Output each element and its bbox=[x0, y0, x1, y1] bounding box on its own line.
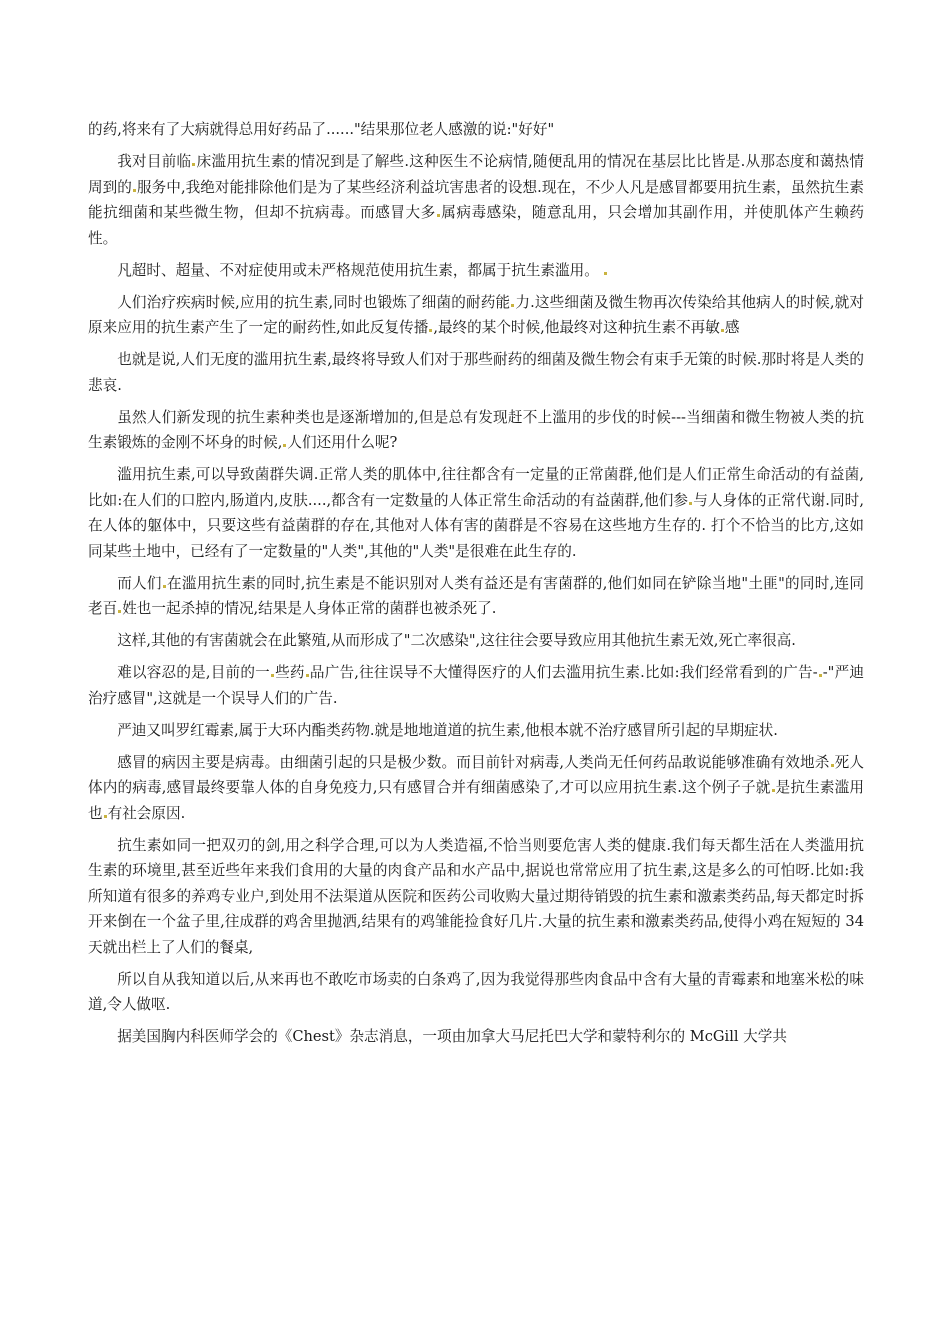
text-segment: 难以容忍的是,目前的一 bbox=[117, 664, 270, 681]
text-segment: 抗生素如同一把双刃的剑,用之科学合理,可以为人类造福,不恰当则要危害人类的健康.… bbox=[88, 837, 864, 956]
text-segment: 这样,其他的有害菌就会在此繁殖,从而形成了"二次感染",这往往会要导致应用其他抗… bbox=[117, 632, 796, 649]
text-segment: 姓也一起杀掉的情况,结果是人身体正常的菌群也被杀死了. bbox=[122, 600, 496, 617]
edit-mark-icon bbox=[192, 163, 195, 166]
edit-mark-icon bbox=[271, 674, 274, 677]
text-segment: ,最终的某个时候,他最终对这种抗生素不再敏 bbox=[433, 319, 720, 336]
paragraph-8: 而人们在滥用抗生素的同时,抗生素是不能识别对人类有益还是有害菌群的,他们如同在铲… bbox=[88, 571, 864, 622]
text-segment: 据美国胸内科医师学会的《Chest》杂志消息，一项由加拿大马尼托巴大学和蒙特利尔… bbox=[117, 1028, 787, 1045]
paragraph-10: 难以容忍的是,目前的一些药品广告,往往误导不大懂得医疗的人们去滥用抗生素.比如:… bbox=[88, 660, 864, 711]
edit-mark-icon bbox=[283, 444, 286, 447]
edit-mark-icon bbox=[772, 789, 775, 792]
text-segment: 也就是说,人们无度的滥用抗生素,最终将导致人们对于那些耐药的细菌及微生物会有束手… bbox=[88, 351, 864, 394]
paragraph-2: 我对目前临床滥用抗生素的情况到是了解些.这种医生不论病情,随便乱用的情况在基层比… bbox=[88, 149, 864, 251]
paragraph-12: 感冒的病因主要是病毒。由细菌引起的只是极少数。而目前针对病毒,人类尚无任何药品敢… bbox=[88, 750, 864, 827]
text-segment: 有社会原因. bbox=[108, 805, 186, 822]
text-segment: 我对目前临 bbox=[117, 153, 191, 170]
paragraph-13: 抗生素如同一把双刃的剑,用之科学合理,可以为人类造福,不恰当则要危害人类的健康.… bbox=[88, 833, 864, 961]
edit-mark-icon bbox=[118, 610, 121, 613]
edit-mark-icon bbox=[819, 674, 822, 677]
text-segment: 品广告,往往误导不大懂得医疗的人们去滥用抗生素.比如:我们经常看到的广告- bbox=[310, 664, 818, 681]
text-segment: 虽然人们新发现的抗生素种类也是逐渐增加的,但是总有发现赶不上滥用的步伐的时候--… bbox=[88, 409, 864, 452]
edit-mark-icon bbox=[511, 304, 514, 307]
paragraph-5: 也就是说,人们无度的滥用抗生素,最终将导致人们对于那些耐药的细菌及微生物会有束手… bbox=[88, 347, 864, 398]
edit-mark-icon bbox=[306, 674, 309, 677]
edit-mark-icon bbox=[831, 764, 834, 767]
text-segment: 感冒的病因主要是病毒。由细菌引起的只是极少数。而目前针对病毒,人类尚无任何药品敢… bbox=[117, 754, 829, 771]
text-segment: 人们治疗疾病时候,应用的抗生素,同时也锻炼了细菌的耐药能 bbox=[117, 294, 510, 311]
text-segment: 人们还用什么呢? bbox=[287, 434, 397, 451]
edit-mark-icon bbox=[604, 272, 607, 275]
text-segment: 而人们 bbox=[117, 575, 162, 592]
paragraph-4: 人们治疗疾病时候,应用的抗生素,同时也锻炼了细菌的耐药能力.这些细菌及微生物再次… bbox=[88, 290, 864, 341]
paragraph-7: 滥用抗生素,可以导致菌群失调.正常人类的肌体中,往往都含有一定量的正常菌群,他们… bbox=[88, 462, 864, 564]
document-page: 的药,将来有了大病就得总用好药品了......"结果那位老人感激的说:"好好" … bbox=[88, 117, 864, 1056]
text-segment: 所以自从我知道以后,从来再也不敢吃市场卖的白条鸡了,因为我觉得那些肉食品中含有大… bbox=[88, 971, 864, 1014]
edit-mark-icon bbox=[163, 585, 166, 588]
text-segment: 的药,将来有了大病就得总用好药品了......"结果那位老人感激的说:"好好" bbox=[88, 121, 554, 138]
paragraph-9: 这样,其他的有害菌就会在此繁殖,从而形成了"二次感染",这往往会要导致应用其他抗… bbox=[88, 628, 864, 654]
edit-mark-icon bbox=[437, 214, 440, 217]
paragraph-6: 虽然人们新发现的抗生素种类也是逐渐增加的,但是总有发现赶不上滥用的步伐的时候--… bbox=[88, 405, 864, 456]
text-segment: 凡超时、超量、不对症使用或未严格规范使用抗生素，都属于抗生素滥用。 bbox=[117, 262, 603, 279]
edit-mark-icon bbox=[133, 189, 136, 192]
text-segment: 些药 bbox=[275, 664, 305, 681]
paragraph-11: 严迪又叫罗红霉素,属于大环内酯类药物.就是地地道道的抗生素,他根本就不治疗感冒所… bbox=[88, 718, 864, 744]
edit-mark-icon bbox=[689, 502, 692, 505]
text-segment: 严迪又叫罗红霉素,属于大环内酯类药物.就是地地道道的抗生素,他根本就不治疗感冒所… bbox=[117, 722, 778, 739]
paragraph-14: 所以自从我知道以后,从来再也不敢吃市场卖的白条鸡了,因为我觉得那些肉食品中含有大… bbox=[88, 967, 864, 1018]
paragraph-3: 凡超时、超量、不对症使用或未严格规范使用抗生素，都属于抗生素滥用。 bbox=[88, 258, 864, 284]
paragraph-15: 据美国胸内科医师学会的《Chest》杂志消息，一项由加拿大马尼托巴大学和蒙特利尔… bbox=[88, 1024, 864, 1050]
edit-mark-icon bbox=[104, 815, 107, 818]
edit-mark-icon bbox=[429, 329, 432, 332]
paragraph-1: 的药,将来有了大病就得总用好药品了......"结果那位老人感激的说:"好好" bbox=[88, 117, 864, 143]
edit-mark-icon bbox=[721, 329, 724, 332]
text-segment: 感 bbox=[725, 319, 740, 336]
